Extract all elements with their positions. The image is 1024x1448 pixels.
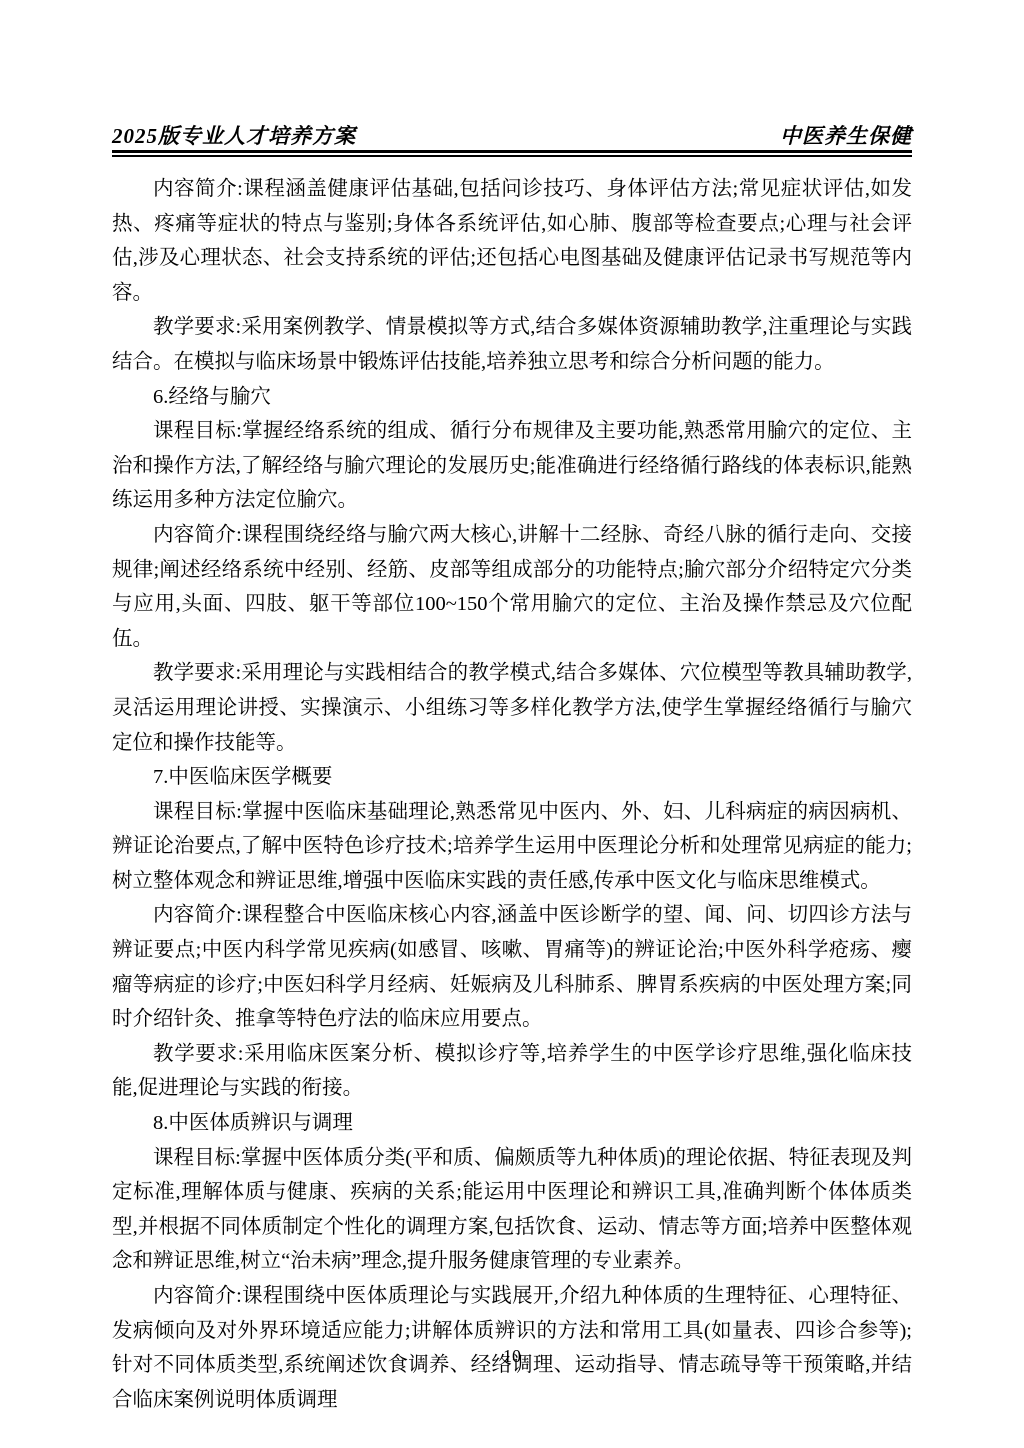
paragraph-course7-intro: 内容简介:课程整合中医临床核心内容,涵盖中医诊断学的望、闻、问、切四诊方法与辨证…: [112, 898, 912, 1036]
section-heading-course8: 8.中医体质辨识与调理: [112, 1106, 912, 1141]
document-page: 2025版专业人才培养方案 中医养生保健 内容简介:课程涵盖健康评估基础,包括问…: [0, 0, 1024, 1448]
paragraph-course5-intro: 内容简介:课程涵盖健康评估基础,包括问诊技巧、身体评估方法;常见症状评估,如发热…: [112, 172, 912, 310]
page-header: 2025版专业人才培养方案 中医养生保健: [112, 120, 912, 150]
paragraph-course7-teaching: 教学要求:采用临床医案分析、模拟诊疗等,培养学生的中医学诊疗思维,强化临床技能,…: [112, 1037, 912, 1106]
paragraph-course5-teaching: 教学要求:采用案例教学、情景模拟等方式,结合多媒体资源辅助教学,注重理论与实践结…: [112, 310, 912, 379]
header-divider-thin-line: [112, 155, 912, 157]
section-heading-course7: 7.中医临床医学概要: [112, 760, 912, 795]
page-number: 10: [503, 1346, 521, 1366]
page-footer: 10: [0, 1346, 1024, 1367]
paragraph-course6-goals: 课程目标:掌握经络系统的组成、循行分布规律及主要功能,熟悉常用腧穴的定位、主治和…: [112, 414, 912, 518]
paragraph-course8-goals: 课程目标:掌握中医体质分类(平和质、偏颇质等九种体质)的理论依据、特征表现及判定…: [112, 1141, 912, 1279]
document-body: 内容简介:课程涵盖健康评估基础,包括问诊技巧、身体评估方法;常见症状评估,如发热…: [112, 172, 912, 1417]
paragraph-course6-intro: 内容简介:课程围绕经络与腧穴两大核心,讲解十二经脉、奇经八脉的循行走向、交接规律…: [112, 518, 912, 656]
paragraph-course7-goals: 课程目标:掌握中医临床基础理论,熟悉常见中医内、外、妇、儿科病症的病因病机、辨证…: [112, 795, 912, 899]
header-right-title: 中医养生保健: [780, 120, 912, 150]
header-divider: [112, 150, 912, 157]
section-heading-course6: 6.经络与腧穴: [112, 380, 912, 415]
header-left-title: 2025版专业人才培养方案: [112, 120, 356, 150]
paragraph-course6-teaching: 教学要求:采用理论与实践相结合的教学模式,结合多媒体、穴位模型等教具辅助教学,灵…: [112, 656, 912, 760]
